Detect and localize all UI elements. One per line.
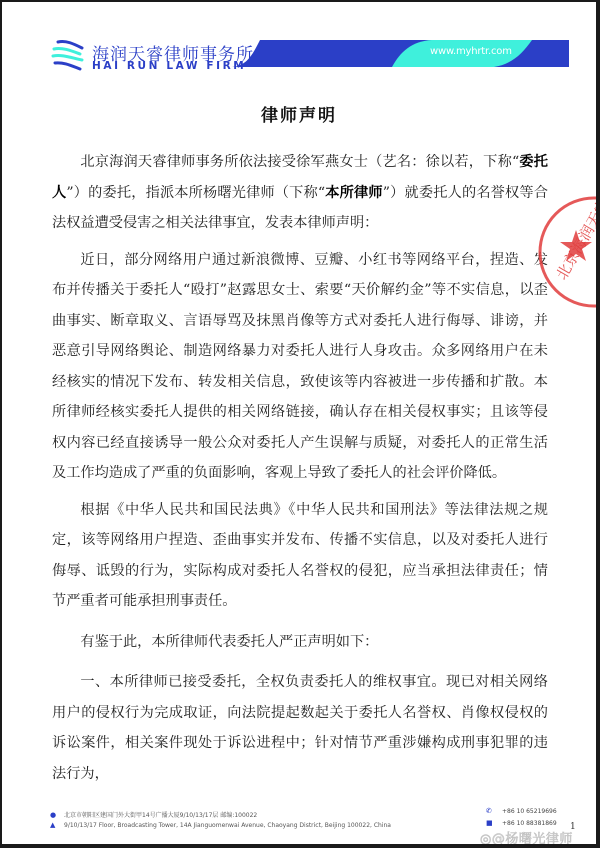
weibo-watermark: ◎@杨曙光律师 — [480, 828, 573, 844]
location-pin-icon: ● — [50, 811, 58, 819]
building-icon: ▲ — [50, 821, 58, 829]
page-title: 律师声明 — [2, 101, 596, 126]
firm-logo-icon — [50, 38, 86, 72]
fax-icon: ■ — [486, 819, 496, 827]
statement-body: 北京海润天睿律师事务所依法接受徐军燕女士（艺名：徐以若，下称“委托人”）的委托，… — [52, 147, 548, 795]
paragraph-facts: 近日，部分网络用户通过新浪微博、豆瓣、小红书等网络平台，捏造、发布并传播关于委托… — [52, 245, 548, 489]
phone-icon: ✆ — [486, 807, 496, 815]
paragraph-legal-basis: 根据《中华人民共和国民法典》《中华人民共和国刑法》等法律法规之规定，该等网络用户… — [52, 495, 548, 617]
official-seal-icon: 北京海润天睿 — [534, 192, 596, 312]
address-en-line: ▲9/10/13/17 Floor, Broadcasting Tower, 1… — [50, 821, 391, 829]
paragraph-intro: 北京海润天睿律师事务所依法接受徐军燕女士（艺名：徐以若，下称“委托人”）的委托，… — [52, 147, 548, 239]
header-banner — [232, 40, 569, 67]
document-page: 海润天睿律师事务所 HAI RUN LAW FIRM www.myhrtr.co… — [2, 2, 596, 844]
paragraph-declaration: 有鉴于此，本所律师代表委托人严正声明如下： — [52, 627, 548, 658]
fax-line: ■+86 10 88381869 — [486, 819, 557, 827]
paragraph-item-1: 一、本所律师已接受委托，全权负责委托人的维权事宜。现已对相关网络用户的侵权行为完… — [52, 667, 548, 789]
website-url[interactable]: www.myhrtr.com — [430, 46, 512, 57]
weibo-icon: ◎ — [480, 832, 492, 844]
phone-line: ✆+86 10 65219696 — [486, 807, 557, 815]
firm-name-en: HAI RUN LAW FIRM — [92, 60, 246, 72]
address-cn-line: ●北京市朝阳区建国门外大街甲14号广播大厦9/10/13/17层 邮编:1000… — [50, 810, 257, 819]
